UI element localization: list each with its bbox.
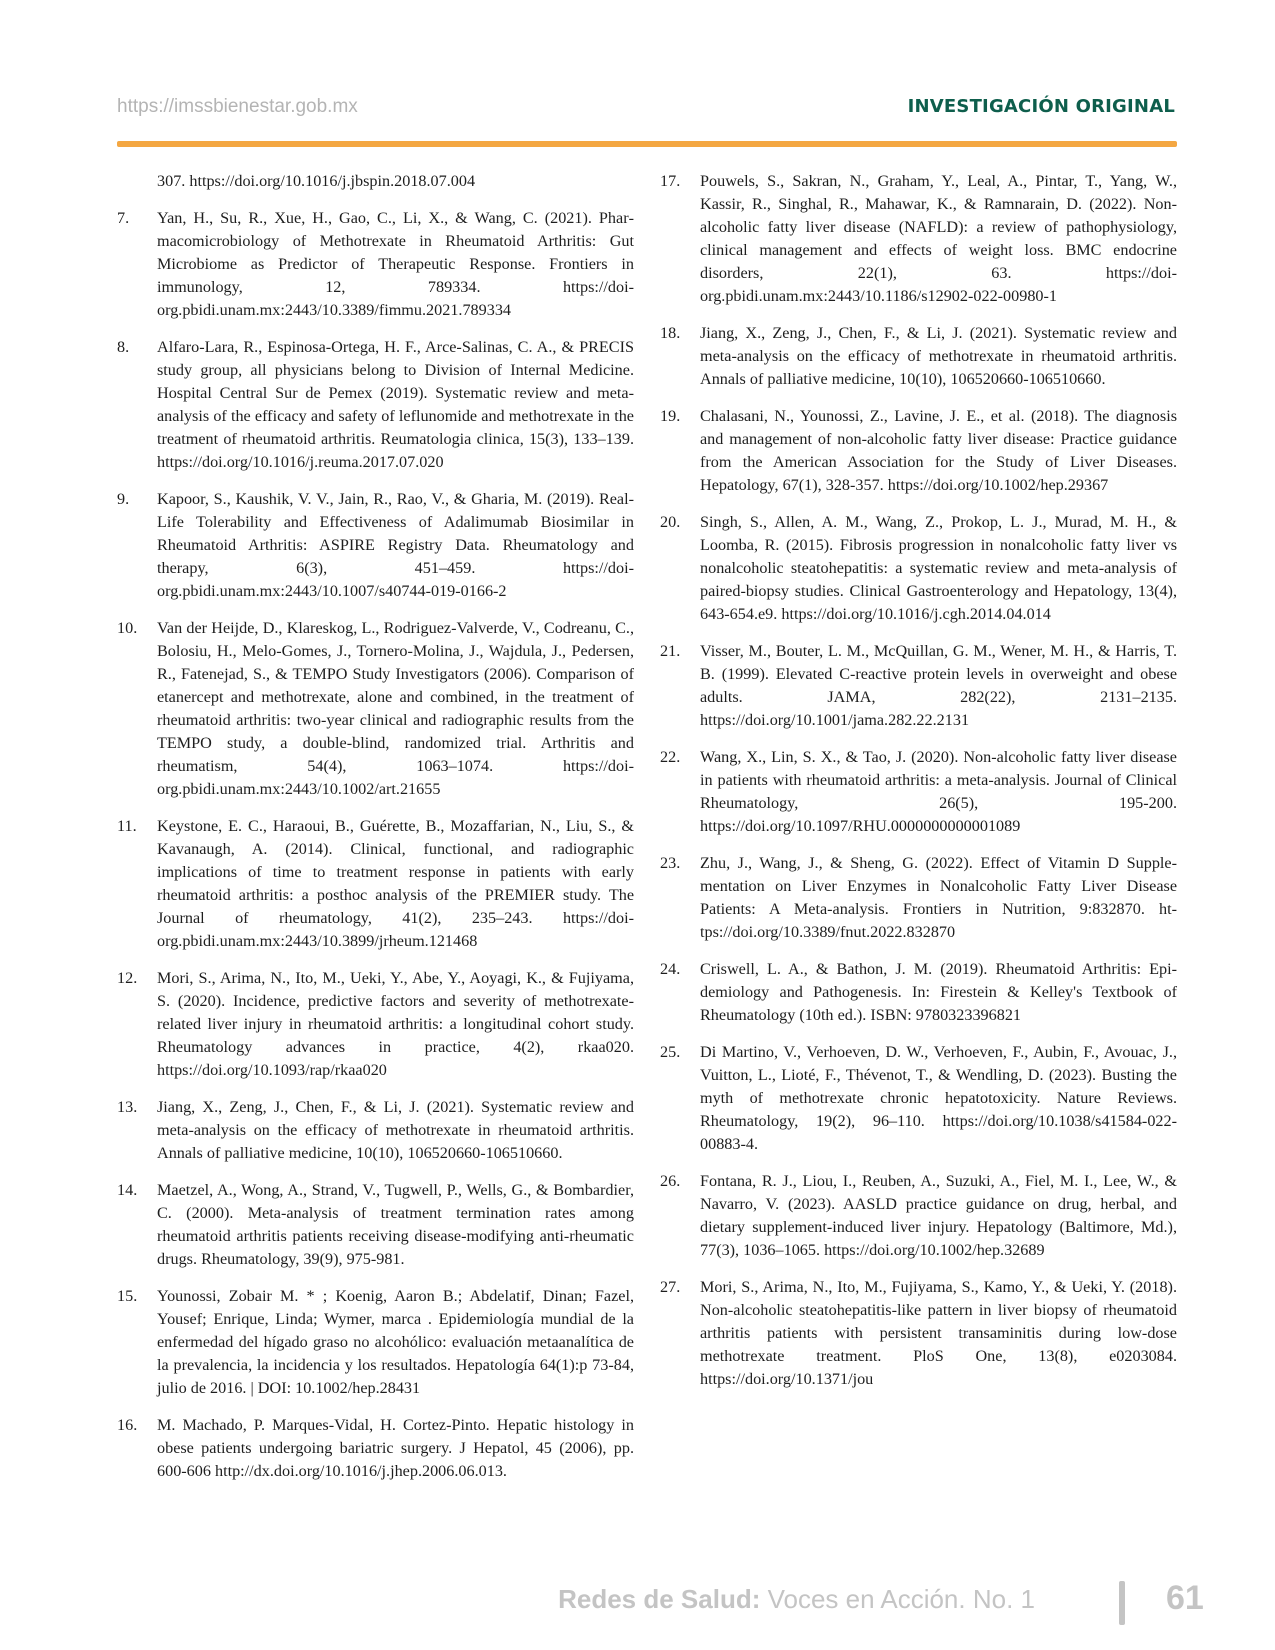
reference-text: Pouwels, S., Sakran, N., Graham, Y., Lea… bbox=[700, 170, 1177, 308]
reference-number: 9. bbox=[117, 488, 157, 603]
reference-number: 23. bbox=[660, 852, 700, 944]
reference-number: 27. bbox=[660, 1276, 700, 1391]
reference-item: 22.Wang, X., Lin, S. X., & Tao, J. (2020… bbox=[660, 746, 1177, 838]
reference-text: Yan, H., Su, R., Xue, H., Gao, C., Li, X… bbox=[157, 207, 634, 322]
reference-item: 20.Singh, S., Allen, A. M., Wang, Z., Pr… bbox=[660, 511, 1177, 626]
reference-number: 10. bbox=[117, 617, 157, 801]
reference-item: 9.Kapoor, S., Kaushik, V. V., Jain, R., … bbox=[117, 488, 634, 603]
reference-text: Maetzel, A., Wong, A., Strand, V., Tugwe… bbox=[157, 1179, 634, 1271]
reference-text: Fontana, R. J., Liou, I., Reuben, A., Su… bbox=[700, 1170, 1177, 1262]
reference-text: Criswell, L. A., & Bathon, J. M. (2019).… bbox=[700, 958, 1177, 1027]
reference-text: M. Machado, P. Marques-Vidal, H. Cortez-… bbox=[157, 1414, 634, 1483]
reference-text: Wang, X., Lin, S. X., & Tao, J. (2020). … bbox=[700, 746, 1177, 838]
reference-text: Alfaro-Lara, R., Espinosa-Ortega, H. F.,… bbox=[157, 336, 634, 474]
reference-number: 17. bbox=[660, 170, 700, 308]
reference-number: 12. bbox=[117, 967, 157, 1082]
reference-number: 16. bbox=[117, 1414, 157, 1483]
reference-item: 15.Younossi, Zobair M. * ; Koenig, Aaron… bbox=[117, 1285, 634, 1400]
header-divider bbox=[117, 141, 1177, 147]
reference-text: Jiang, X., Zeng, J., Chen, F., & Li, J. … bbox=[157, 1096, 634, 1165]
reference-item: 21.Visser, M., Bouter, L. M., McQuillan,… bbox=[660, 640, 1177, 732]
reference-text: Singh, S., Allen, A. M., Wang, Z., Proko… bbox=[700, 511, 1177, 626]
reference-number: 7. bbox=[117, 207, 157, 322]
reference-text: Visser, M., Bouter, L. M., McQuillan, G.… bbox=[700, 640, 1177, 732]
reference-number: 11. bbox=[117, 815, 157, 953]
reference-number: 25. bbox=[660, 1041, 700, 1156]
reference-number: 14. bbox=[117, 1179, 157, 1271]
reference-number: 13. bbox=[117, 1096, 157, 1165]
reference-item: 19.Chalasani, N., Younossi, Z., Lavine, … bbox=[660, 405, 1177, 497]
reference-number: 18. bbox=[660, 322, 700, 391]
reference-item: 17.Pouwels, S., Sakran, N., Graham, Y., … bbox=[660, 170, 1177, 308]
reference-number: 20. bbox=[660, 511, 700, 626]
reference-number: 22. bbox=[660, 746, 700, 838]
footer-journal-title: Redes de Salud: Voces en Acción. No. 1 bbox=[558, 1584, 1035, 1615]
footer-divider bbox=[1119, 1581, 1125, 1625]
reference-text: Van der Heijde, D., Klareskog, L., Rodri… bbox=[157, 617, 634, 801]
reference-item: 14.Maetzel, A., Wong, A., Strand, V., Tu… bbox=[117, 1179, 634, 1271]
reference-item: 25.Di Martino, V., Verhoeven, D. W., Ver… bbox=[660, 1041, 1177, 1156]
reference-item: 7.Yan, H., Su, R., Xue, H., Gao, C., Li,… bbox=[117, 207, 634, 322]
reference-number: 24. bbox=[660, 958, 700, 1027]
references-right-column: 17.Pouwels, S., Sakran, N., Graham, Y., … bbox=[660, 170, 1177, 1405]
reference-item: 27.Mori, S., Arima, N., Ito, M., Fujiyam… bbox=[660, 1276, 1177, 1391]
reference-item: 10.Van der Heijde, D., Klareskog, L., Ro… bbox=[117, 617, 634, 801]
reference-item: 13.Jiang, X., Zeng, J., Chen, F., & Li, … bbox=[117, 1096, 634, 1165]
reference-item: 24.Criswell, L. A., & Bathon, J. M. (201… bbox=[660, 958, 1177, 1027]
reference-text: Kapoor, S., Kaushik, V. V., Jain, R., Ra… bbox=[157, 488, 634, 603]
reference-number: 21. bbox=[660, 640, 700, 732]
reference-number: 15. bbox=[117, 1285, 157, 1400]
reference-text: Keystone, E. C., Haraoui, B., Guérette, … bbox=[157, 815, 634, 953]
reference-item: 11.Keystone, E. C., Haraoui, B., Guérett… bbox=[117, 815, 634, 953]
journal-issue: Voces en Acción. No. 1 bbox=[760, 1584, 1035, 1614]
reference-number: 26. bbox=[660, 1170, 700, 1262]
section-title: INVESTIGACIÓN ORIGINAL bbox=[908, 96, 1175, 117]
reference-text: Chalasani, N., Younossi, Z., Lavine, J. … bbox=[700, 405, 1177, 497]
reference-text: Di Martino, V., Verhoeven, D. W., Verhoe… bbox=[700, 1041, 1177, 1156]
reference-text: Mori, S., Arima, N., Ito, M., Ueki, Y., … bbox=[157, 967, 634, 1082]
references-left-column: 307. https://doi.org/10.1016/j.jbspin.20… bbox=[117, 170, 634, 1497]
reference-number: 19. bbox=[660, 405, 700, 497]
reference-item: 12.Mori, S., Arima, N., Ito, M., Ueki, Y… bbox=[117, 967, 634, 1082]
reference-continuation: 307. https://doi.org/10.1016/j.jbspin.20… bbox=[117, 170, 634, 193]
page-number: 61 bbox=[1166, 1579, 1204, 1618]
header-url[interactable]: https://imssbienestar.gob.mx bbox=[117, 96, 358, 118]
reference-text: Jiang, X., Zeng, J., Chen, F., & Li, J. … bbox=[700, 322, 1177, 391]
reference-number: 8. bbox=[117, 336, 157, 474]
reference-item: 18.Jiang, X., Zeng, J., Chen, F., & Li, … bbox=[660, 322, 1177, 391]
reference-item: 26.Fontana, R. J., Liou, I., Reuben, A.,… bbox=[660, 1170, 1177, 1262]
reference-text: Younossi, Zobair M. * ; Koenig, Aaron B.… bbox=[157, 1285, 634, 1400]
reference-item: 23.Zhu, J., Wang, J., & Sheng, G. (2022)… bbox=[660, 852, 1177, 944]
reference-text: Zhu, J., Wang, J., & Sheng, G. (2022). E… bbox=[700, 852, 1177, 944]
reference-text: Mori, S., Arima, N., Ito, M., Fujiyama, … bbox=[700, 1276, 1177, 1391]
journal-name: Redes de Salud: bbox=[558, 1584, 760, 1614]
reference-item: 16.M. Machado, P. Marques-Vidal, H. Cort… bbox=[117, 1414, 634, 1483]
reference-item: 8.Alfaro-Lara, R., Espinosa-Ortega, H. F… bbox=[117, 336, 634, 474]
